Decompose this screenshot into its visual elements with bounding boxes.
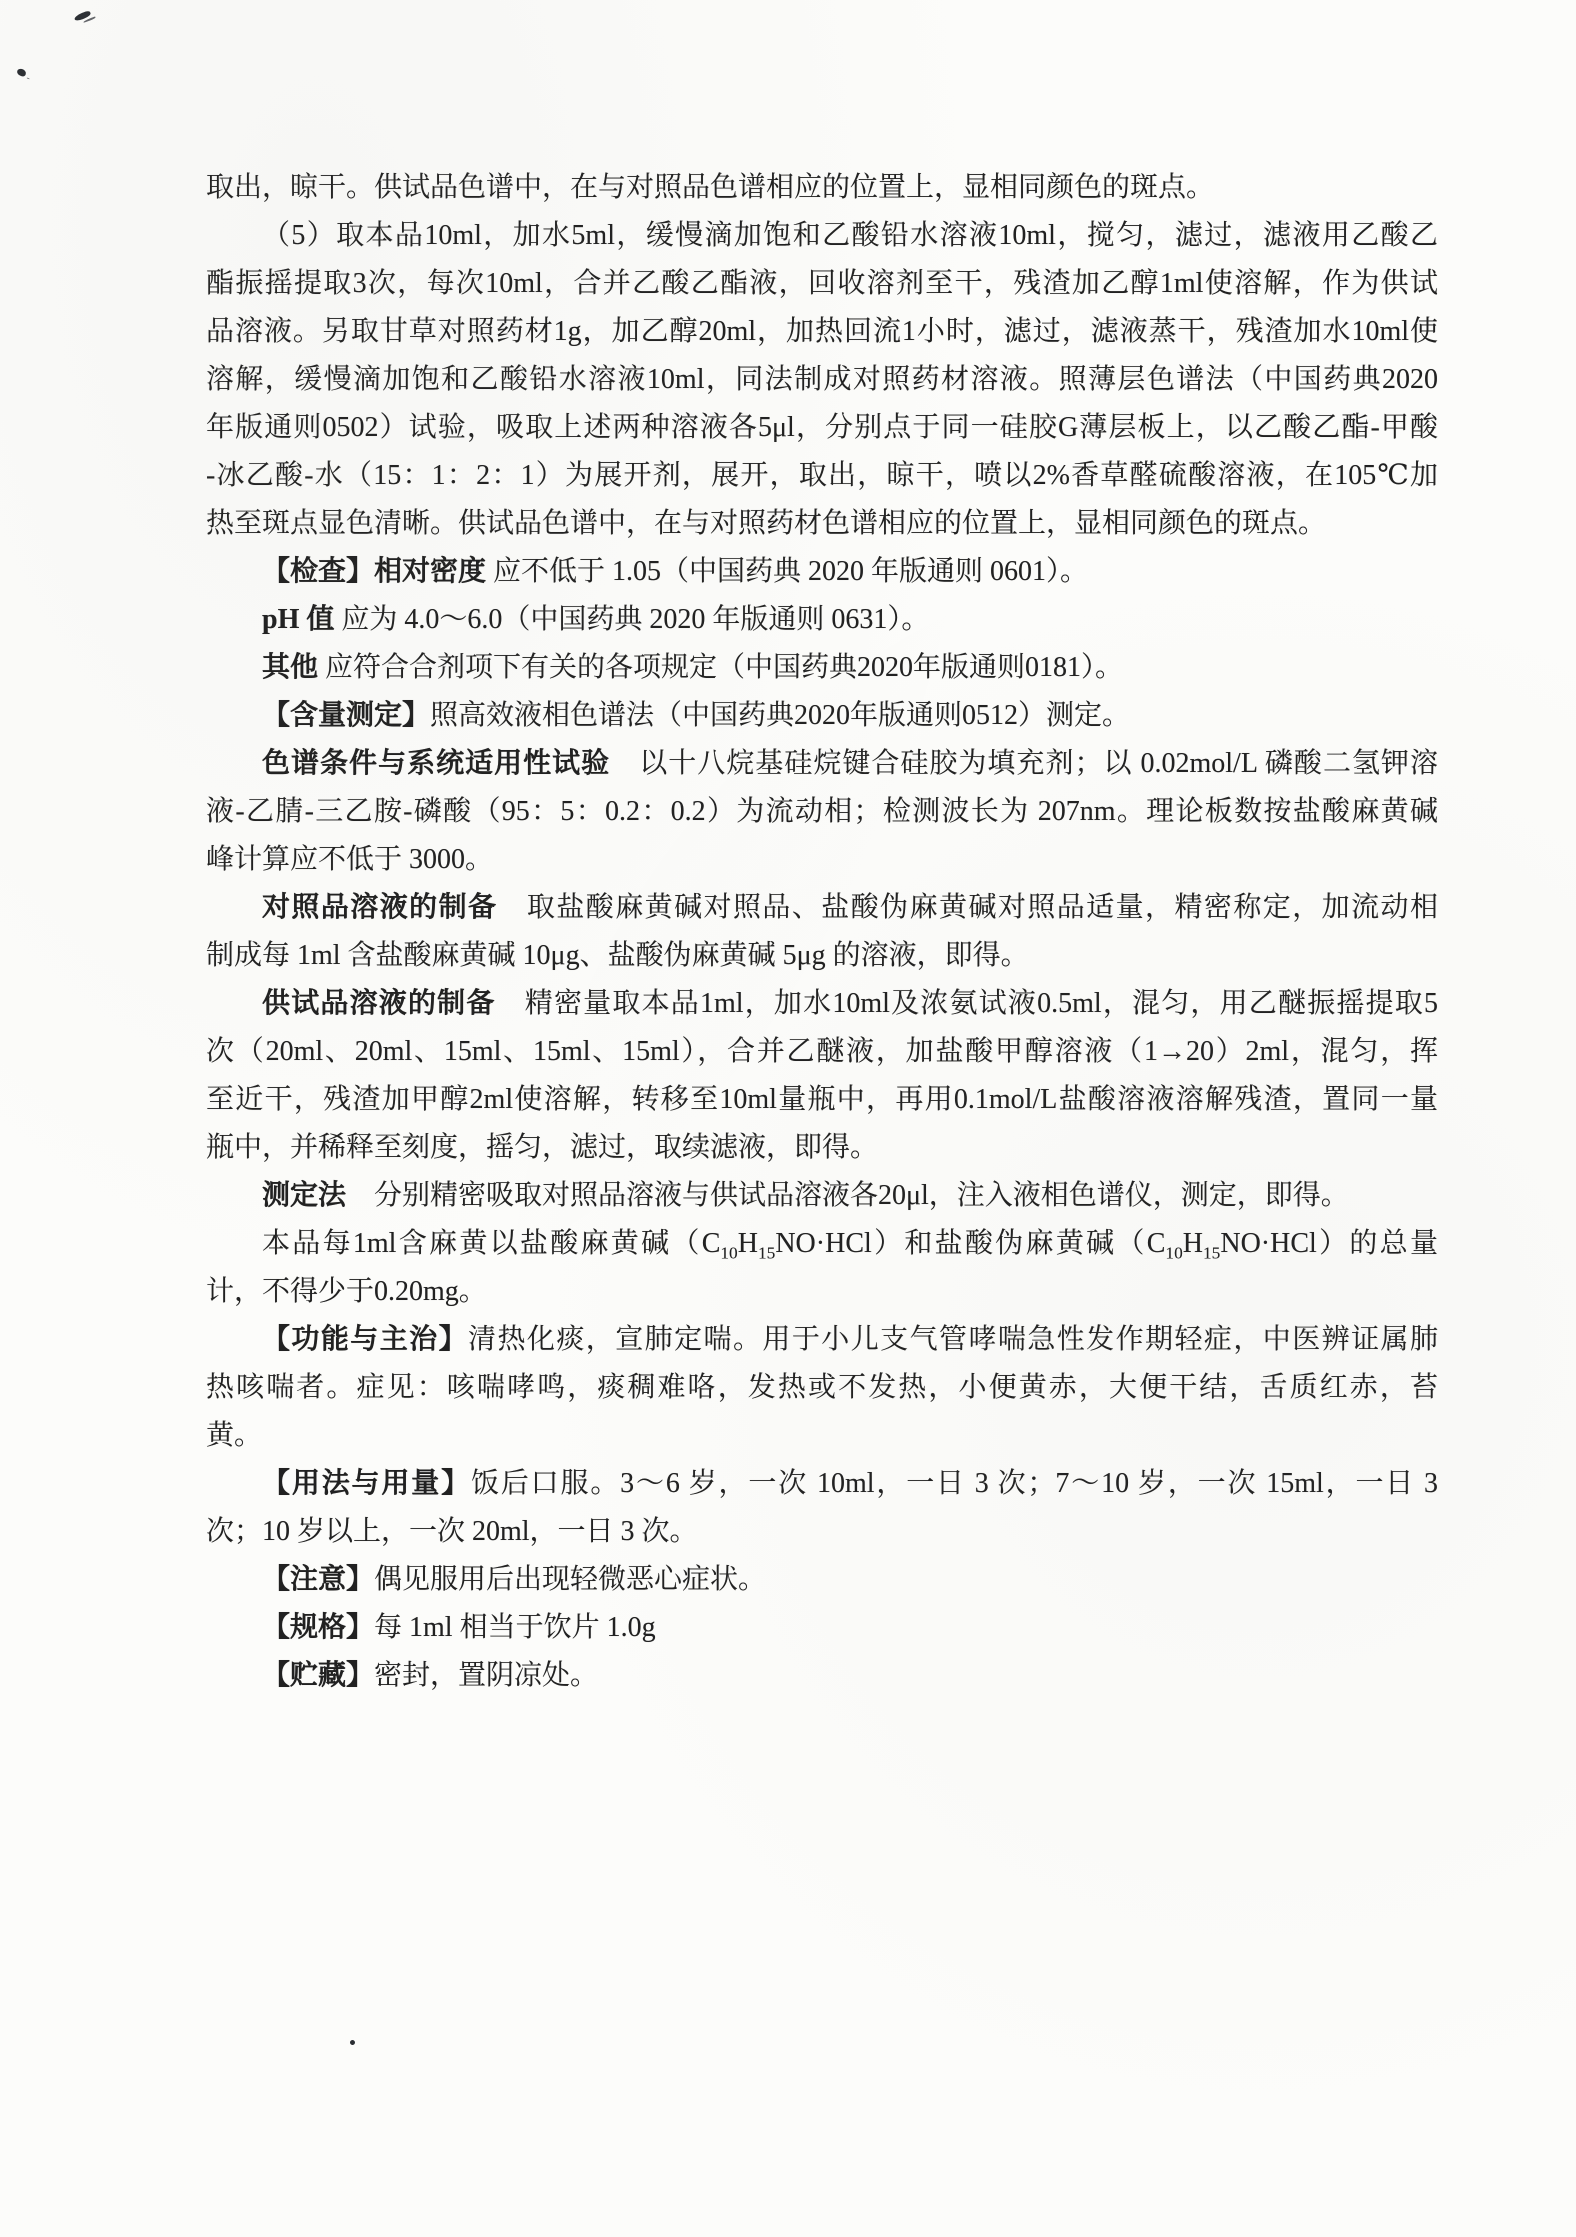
body-text: 黄。 — [206, 1420, 262, 1451]
body-text: 精密量取本品1ml，加水10ml及浓氨试液0.5ml，混匀，用乙醚振摇提取5 — [496, 988, 1438, 1019]
body-text: 以十八烷基硅烷键合硅胶为填充剂；以 0.02mol/L 磷酸二氢钾溶 — [610, 748, 1438, 779]
text-line: 【含量测定】照高效液相色谱法（中国药典2020年版通则0512）测定。 — [206, 692, 1438, 740]
body-text: 酯振摇提取3次，每次10ml，合并乙酸乙酯液，回收溶剂至干，残渣加乙醇1ml使溶… — [206, 268, 1438, 299]
body-text: 取出，晾干。供试品色谱中，在与对照品色谱相应的位置上，显相同颜色的斑点。 — [206, 172, 1214, 203]
body-text: 溶解，缓慢滴加饱和乙酸铅水溶液10ml，同法制成对照药材溶液。照薄层色谱法（中国… — [206, 364, 1438, 395]
section-heading: 测定法 — [262, 1180, 346, 1211]
body-text: NO·HCl）和盐酸伪麻黄碱（C — [775, 1228, 1165, 1259]
text-line: 【规格】每 1ml 相当于饮片 1.0g — [206, 1604, 1438, 1652]
body-text: 照高效液相色谱法（中国药典2020年版通则0512）测定。 — [430, 700, 1130, 731]
text-line: 热咳喘者。症见：咳喘哮鸣，痰稠难咯，发热或不发热，小便黄赤，大便干结，舌质红赤，… — [206, 1364, 1438, 1412]
text-line: 次；10 岁以上，一次 20ml，一日 3 次。 — [206, 1508, 1438, 1556]
section-heading: 色谱条件与系统适用性试验 — [262, 748, 610, 779]
body-text: 次；10 岁以上，一次 20ml，一日 3 次。 — [206, 1516, 698, 1547]
section-heading: 【规格】 — [262, 1612, 374, 1643]
text-line: 【注意】偶见服用后出现轻微恶心症状。 — [206, 1556, 1438, 1604]
body-text: H — [1183, 1228, 1203, 1259]
text-line: 峰计算应不低于 3000。 — [206, 836, 1438, 884]
text-line: 次（20ml、20ml、15ml、15ml、15ml），合并乙醚液，加盐酸甲醇溶… — [206, 1028, 1438, 1076]
text-line: 【检查】相对密度 应不低于 1.05（中国药典 2020 年版通则 0601）。 — [206, 548, 1438, 596]
body-text: 瓶中，并稀释至刻度，摇匀，滤过，取续滤液，即得。 — [206, 1132, 878, 1163]
body-text: （5）取本品10ml，加水5ml，缓慢滴加饱和乙酸铅水溶液10ml，搅匀，滤过，… — [262, 220, 1438, 251]
body-text: 清热化痰，宣肺定喘。用于小儿支气管哮喘急性发作期轻症，中医辨证属肺 — [468, 1324, 1438, 1355]
chemical-subscript: 15 — [758, 1244, 775, 1263]
body-text: 应符合合剂项下有关的各项规定（中国药典2020年版通则0181）。 — [318, 652, 1123, 683]
ink-speck — [73, 10, 91, 22]
body-text: 分别精密吸取对照品溶液与供试品溶液各20μl，注入液相色谱仪，测定，即得。 — [346, 1180, 1349, 1211]
text-line: 瓶中，并稀释至刻度，摇匀，滤过，取续滤液，即得。 — [206, 1124, 1438, 1172]
text-line: 【用法与用量】饭后口服。3～6 岁，一次 10ml，一日 3 次；7～10 岁，… — [206, 1460, 1438, 1508]
section-heading: 【注意】 — [262, 1564, 374, 1595]
section-heading: 【检查】相对密度 — [262, 556, 486, 587]
section-heading: 【含量测定】 — [262, 700, 430, 731]
body-text: 计，不得少于0.20mg。 — [206, 1276, 487, 1307]
text-line: 对照品溶液的制备 取盐酸麻黄碱对照品、盐酸伪麻黄碱对照品适量，精密称定，加流动相 — [206, 884, 1438, 932]
text-line: 液-乙腈-三乙胺-磷酸（95：5：0.2：0.2）为流动相；检测波长为 207n… — [206, 788, 1438, 836]
text-line: 至近干，残渣加甲醇2ml使溶解，转移至10ml量瓶中，再用0.1mol/L盐酸溶… — [206, 1076, 1438, 1124]
chemical-subscript: 10 — [720, 1244, 737, 1263]
text-line: （5）取本品10ml，加水5ml，缓慢滴加饱和乙酸铅水溶液10ml，搅匀，滤过，… — [206, 212, 1438, 260]
ink-speck — [16, 68, 27, 77]
text-line: 【功能与主治】清热化痰，宣肺定喘。用于小儿支气管哮喘急性发作期轻症，中医辨证属肺 — [206, 1316, 1438, 1364]
body-text: 年版通则0502）试验，吸取上述两种溶液各5μl，分别点于同一硅胶G薄层板上，以… — [206, 412, 1438, 443]
body-text: 每 1ml 相当于饮片 1.0g — [374, 1612, 656, 1643]
ink-speck — [349, 2039, 356, 2046]
text-line: 溶解，缓慢滴加饱和乙酸铅水溶液10ml，同法制成对照药材溶液。照薄层色谱法（中国… — [206, 356, 1438, 404]
section-heading: 其他 — [262, 652, 318, 683]
body-text: 次（20ml、20ml、15ml、15ml、15ml），合并乙醚液，加盐酸甲醇溶… — [206, 1036, 1438, 1067]
section-heading: 供试品溶液的制备 — [262, 988, 496, 1019]
text-line: 测定法 分别精密吸取对照品溶液与供试品溶液各20μl，注入液相色谱仪，测定，即得… — [206, 1172, 1438, 1220]
text-line: 热至斑点显色清晰。供试品色谱中，在与对照药材色谱相应的位置上，显相同颜色的斑点。 — [206, 500, 1438, 548]
text-line: 计，不得少于0.20mg。 — [206, 1268, 1438, 1316]
text-line: 取出，晾干。供试品色谱中，在与对照品色谱相应的位置上，显相同颜色的斑点。 — [206, 164, 1438, 212]
text-line: 酯振摇提取3次，每次10ml，合并乙酸乙酯液，回收溶剂至干，残渣加乙醇1ml使溶… — [206, 260, 1438, 308]
body-text: 取盐酸麻黄碱对照品、盐酸伪麻黄碱对照品适量，精密称定，加流动相 — [497, 892, 1438, 923]
text-line: -冰乙酸-水（15：1：2：1）为展开剂，展开，取出，晾干，喷以2%香草醛硫酸溶… — [206, 452, 1438, 500]
body-text: 至近干，残渣加甲醇2ml使溶解，转移至10ml量瓶中，再用0.1mol/L盐酸溶… — [206, 1084, 1438, 1115]
section-heading: pH 值 — [262, 604, 334, 635]
body-text: 偶见服用后出现轻微恶心症状。 — [374, 1564, 766, 1595]
body-text: 密封，置阴凉处。 — [374, 1660, 598, 1691]
section-heading: 【贮藏】 — [262, 1660, 374, 1691]
section-heading: 【功能与主治】 — [262, 1324, 468, 1355]
document-body: 取出，晾干。供试品色谱中，在与对照品色谱相应的位置上，显相同颜色的斑点。（5）取… — [206, 164, 1438, 1700]
text-line: 供试品溶液的制备 精密量取本品1ml，加水10ml及浓氨试液0.5ml，混匀，用… — [206, 980, 1438, 1028]
body-text: H — [738, 1228, 758, 1259]
body-text: 液-乙腈-三乙胺-磷酸（95：5：0.2：0.2）为流动相；检测波长为 207n… — [206, 796, 1438, 827]
body-text: 热至斑点显色清晰。供试品色谱中，在与对照药材色谱相应的位置上，显相同颜色的斑点。 — [206, 508, 1326, 539]
body-text: 峰计算应不低于 3000。 — [206, 844, 493, 875]
text-line: 色谱条件与系统适用性试验 以十八烷基硅烷键合硅胶为填充剂；以 0.02mol/L… — [206, 740, 1438, 788]
body-text: 饭后口服。3～6 岁，一次 10ml，一日 3 次；7～10 岁，一次 15ml… — [471, 1468, 1438, 1499]
body-text: -冰乙酸-水（15：1：2：1）为展开剂，展开，取出，晾干，喷以2%香草醛硫酸溶… — [206, 460, 1438, 491]
chemical-subscript: 10 — [1165, 1244, 1182, 1263]
text-line: 【贮藏】密封，置阴凉处。 — [206, 1652, 1438, 1700]
body-text: 本品每1ml含麻黄以盐酸麻黄碱（C — [262, 1228, 720, 1259]
text-line: 黄。 — [206, 1412, 1438, 1460]
text-line: pH 值 应为 4.0～6.0（中国药典 2020 年版通则 0631）。 — [206, 596, 1438, 644]
section-heading: 【用法与用量】 — [262, 1468, 471, 1499]
body-text: 制成每 1ml 含盐酸麻黄碱 10μg、盐酸伪麻黄碱 5μg 的溶液，即得。 — [206, 940, 1029, 971]
text-line: 品溶液。另取甘草对照药材1g，加乙醇20ml，加热回流1小时，滤过，滤液蒸干，残… — [206, 308, 1438, 356]
body-text: 热咳喘者。症见：咳喘哮鸣，痰稠难咯，发热或不发热，小便黄赤，大便干结，舌质红赤，… — [206, 1372, 1438, 1403]
text-line: 制成每 1ml 含盐酸麻黄碱 10μg、盐酸伪麻黄碱 5μg 的溶液，即得。 — [206, 932, 1438, 980]
section-heading: 对照品溶液的制备 — [262, 892, 497, 923]
document-page: { "page": { "background_color": "#fcfcfa… — [0, 0, 1576, 2237]
text-line: 其他 应符合合剂项下有关的各项规定（中国药典2020年版通则0181）。 — [206, 644, 1438, 692]
body-text: 品溶液。另取甘草对照药材1g，加乙醇20ml，加热回流1小时，滤过，滤液蒸干，残… — [206, 316, 1438, 347]
text-line: 年版通则0502）试验，吸取上述两种溶液各5μl，分别点于同一硅胶G薄层板上，以… — [206, 404, 1438, 452]
body-text: 应不低于 1.05（中国药典 2020 年版通则 0601）。 — [486, 556, 1088, 587]
chemical-subscript: 15 — [1203, 1244, 1220, 1263]
text-line: 本品每1ml含麻黄以盐酸麻黄碱（C10H15NO·HCl）和盐酸伪麻黄碱（C10… — [206, 1220, 1438, 1268]
body-text: NO·HCl）的总量 — [1220, 1228, 1438, 1259]
body-text: 应为 4.0～6.0（中国药典 2020 年版通则 0631）。 — [334, 604, 929, 635]
